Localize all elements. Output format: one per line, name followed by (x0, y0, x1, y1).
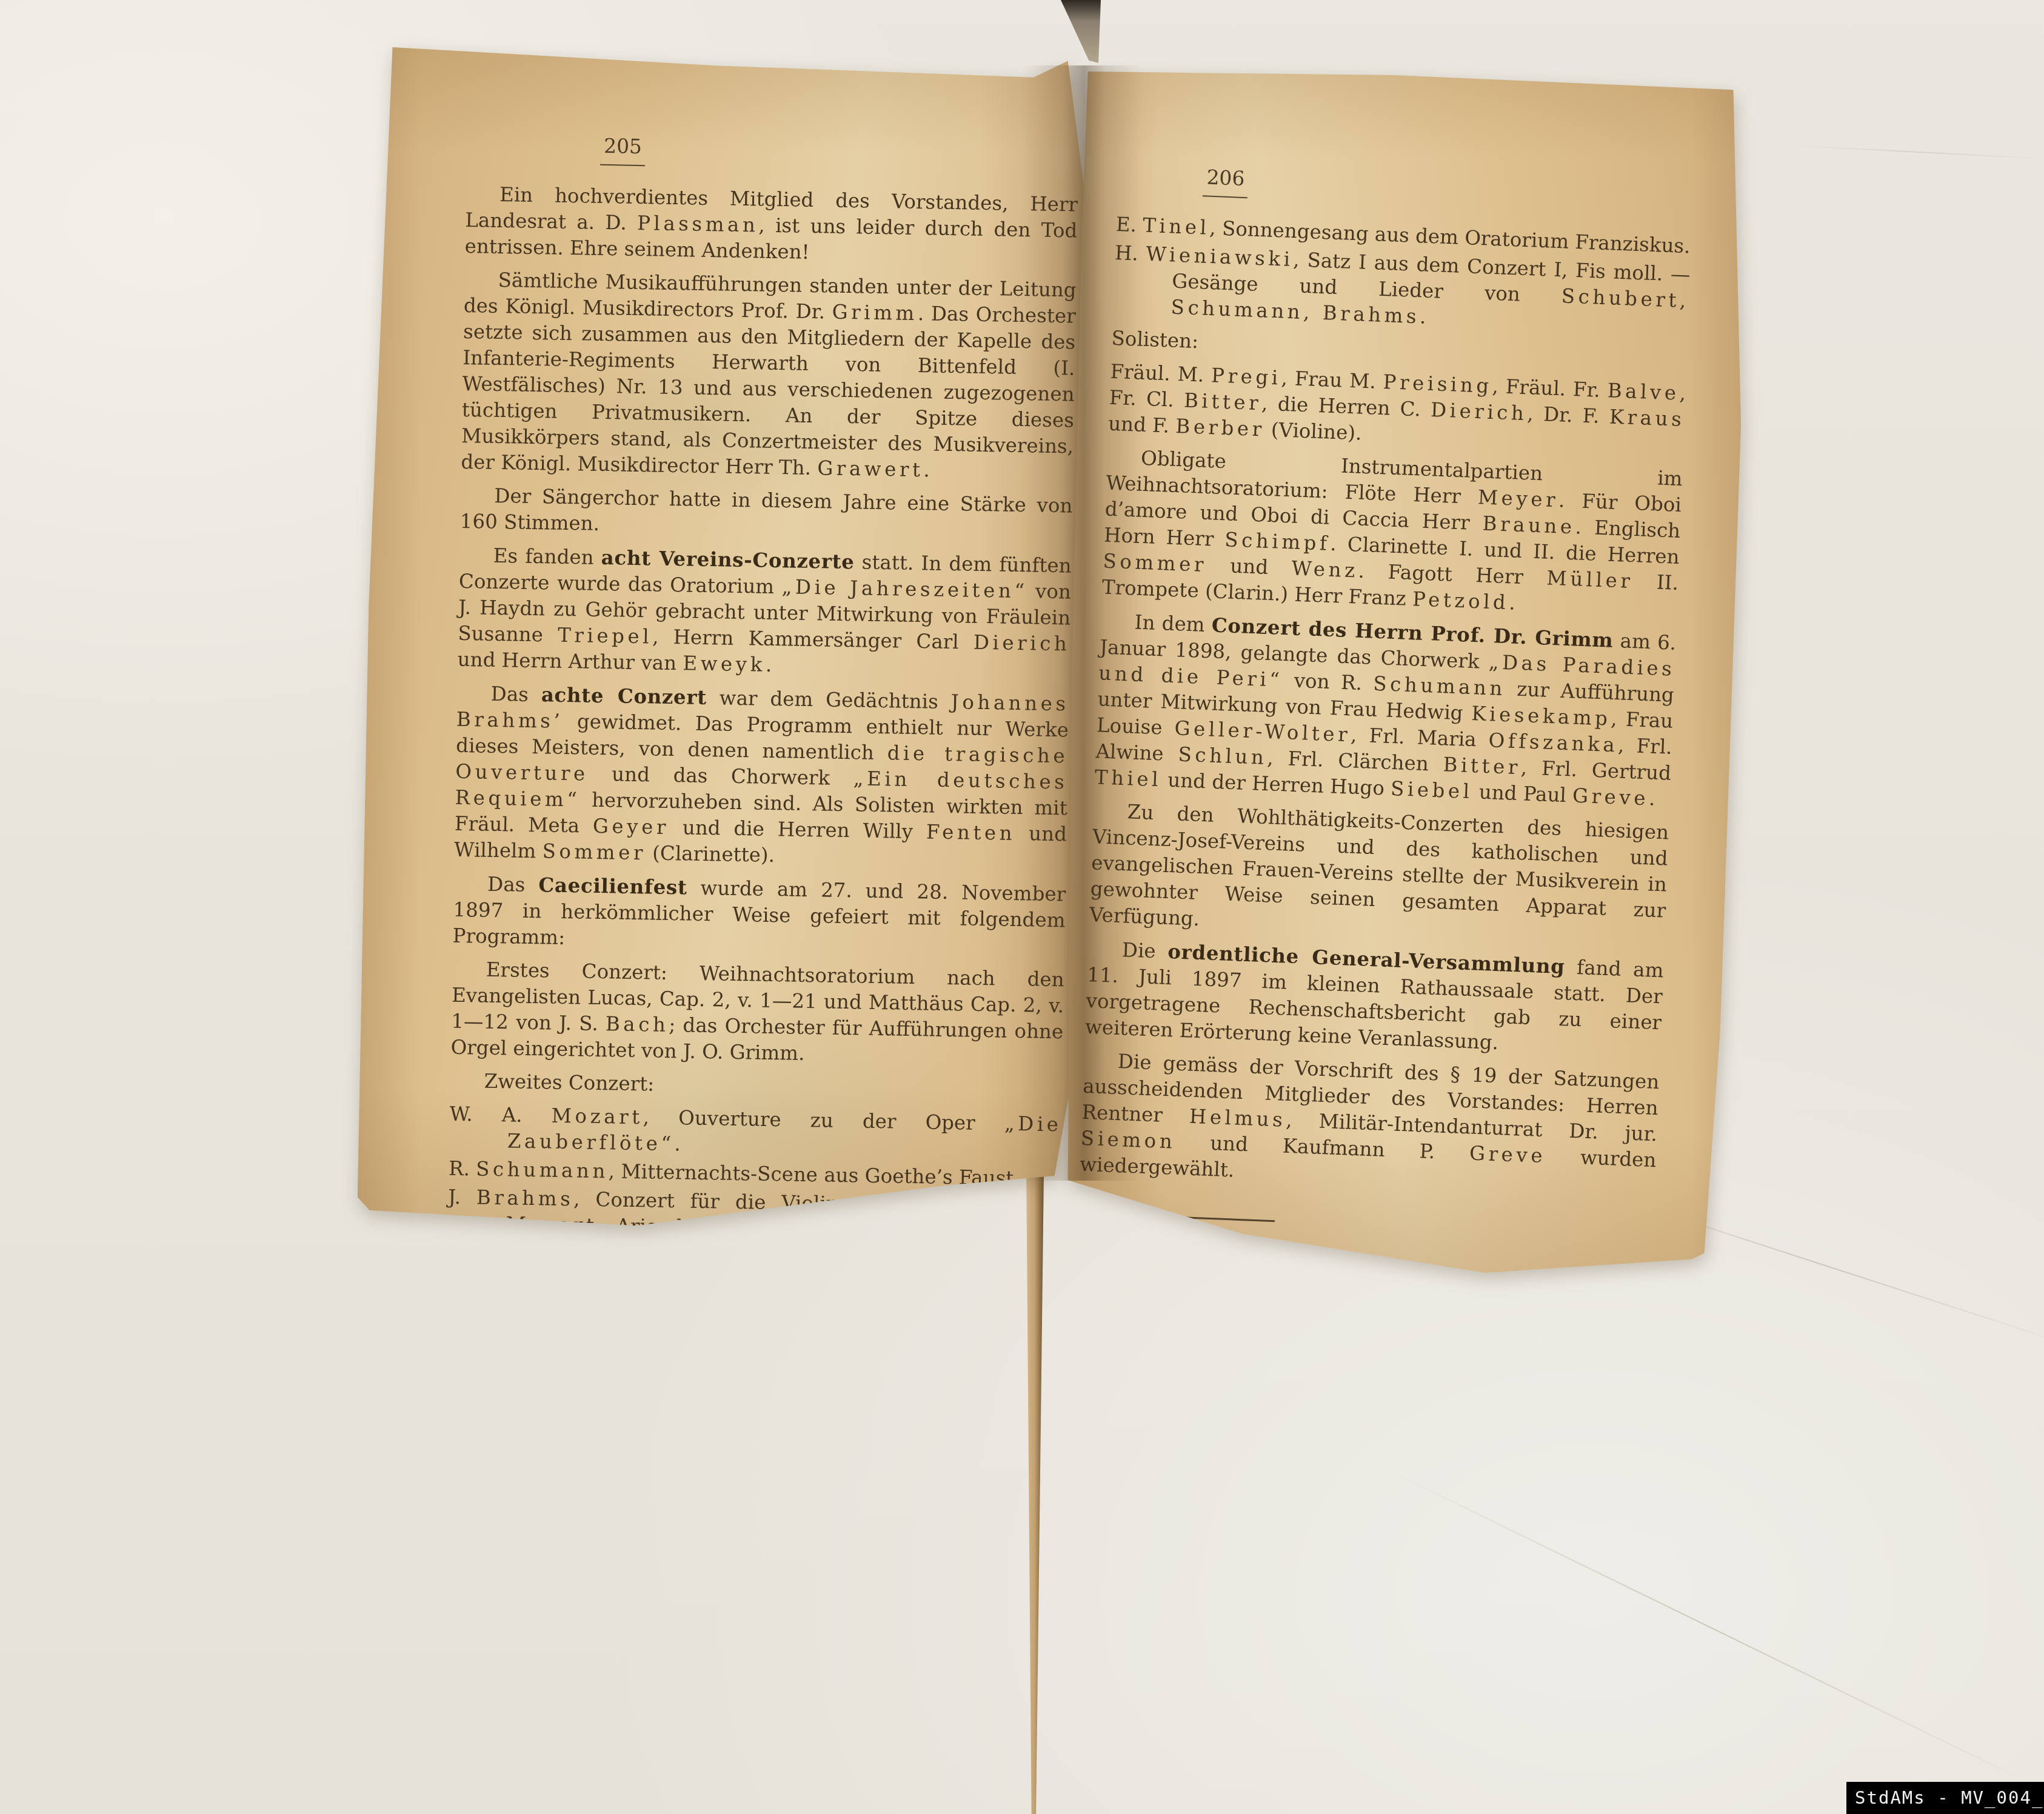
text-run: , Mitternachts-Scene aus Goethe’s Faust. (608, 1159, 1020, 1190)
text-run: Der Sängerchor hatte in diesem Jahre ein… (459, 484, 1072, 535)
text-run: . (674, 1132, 681, 1155)
letterspaced-name: Greve (1469, 1141, 1546, 1167)
text-run: . (1509, 591, 1516, 614)
text-run: Das (487, 873, 539, 896)
letterspaced-name: Kiesekamp (1471, 702, 1612, 730)
book-page-205: 205 Ein hochverdientes Mitglied des Vors… (355, 45, 1098, 1230)
letterspaced-name: Sommer (542, 839, 646, 864)
letterspaced-name: Schumann (1373, 672, 1506, 700)
text-run: , Frl. Maria (1351, 723, 1489, 752)
text-run: und das Chorwerk (588, 762, 853, 790)
text-run: Fräul. M. (1110, 360, 1212, 387)
letterspaced-name: Schimpf (1224, 528, 1331, 555)
text-run: . (1419, 305, 1426, 328)
letterspaced-name: Sommer (1103, 550, 1207, 577)
letterspaced-name: Tinel (1143, 214, 1211, 239)
letterspaced-name: Mozart (551, 1104, 643, 1129)
bold-text: achte Conzert (541, 682, 707, 709)
paragraph: Es fanden acht Vereins-Conzerte statt. I… (457, 542, 1072, 684)
paragraph: In dem Conzert des Herrn Prof. Dr. Grimm… (1094, 607, 1677, 812)
paragraph: Das achte Conzert war dem Gedächtnis Joh… (454, 680, 1069, 874)
paragraph: Der Sängerchor hatte in diesem Jahre ein… (459, 482, 1072, 545)
letterspaced-name: Eweyk (683, 652, 766, 676)
paragraph: Fräul. M. Pregi, Frau M. Preising, Fräul… (1107, 359, 1686, 459)
letterspaced-name: Berber (1175, 415, 1266, 441)
page-number-rule (1203, 195, 1247, 198)
letterspaced-name: Meyer (1477, 485, 1559, 512)
backing-paper-crease (1382, 1467, 2036, 1787)
letterspaced-name: Grawert (817, 456, 924, 481)
letterspaced-name: Dierich (974, 631, 1070, 656)
text-run: , Frl. Clärchen (1267, 746, 1444, 776)
page-number-block: 206 (1155, 162, 1296, 200)
text-run: J. (448, 1185, 476, 1209)
letterspaced-name: Dierich (1430, 398, 1528, 425)
paragraph: Die gemäss der Vorschrift des § 19 der S… (1080, 1047, 1660, 1199)
text-run: W. A. (449, 1102, 552, 1127)
page-number-rule (600, 164, 645, 166)
letterspaced-name: Bach (606, 1012, 669, 1036)
letterspaced-name: Offszanka (1488, 729, 1618, 756)
left-text-column: 205 Ein hochverdientes Mitglied des Vors… (447, 130, 1078, 1273)
text-run: von R. (1283, 669, 1374, 695)
letterspaced-name: Geyer (593, 815, 670, 839)
book-binding-wedge (1061, 0, 1101, 63)
text-run: Zweites Conzert: (484, 1070, 654, 1096)
letterspaced-name: Plassman (637, 212, 759, 236)
letterspaced-name: Siebel (1390, 777, 1473, 803)
text-run: Zu den Wohlthätigkeits-Conzerten des hie… (1089, 800, 1669, 930)
text-run: und Herrn Arthur van (457, 648, 683, 675)
text-run: , Frau M. (1281, 367, 1384, 393)
text-run: Das (490, 682, 541, 706)
paragraph: W. A. Mozart, Ouverture zu der Oper „Die… (449, 1101, 1062, 1164)
text-run: . Fagott Herr (1358, 559, 1547, 590)
letterspaced-name: Greve (1572, 784, 1649, 810)
text-run: war dem Gedächtnis (706, 686, 951, 713)
letterspaced-name: Kraus (1609, 405, 1685, 431)
right-text-column: 206 E. Tinel, Sonnengesang aus dem Orato… (1078, 161, 1694, 1236)
text-run: und F. (1108, 412, 1177, 438)
closing-rule (1178, 1216, 1275, 1222)
letterspaced-name: Mozart (506, 1212, 598, 1237)
text-run: und die Herren Willy (669, 816, 927, 843)
text-run: und der Herren Hugo (1161, 768, 1391, 799)
letterspaced-name: Bitter (1183, 388, 1262, 415)
letterspaced-name: Thiel (1094, 765, 1162, 791)
text-run: , die Herren C. (1261, 392, 1431, 421)
paragraph: Erstes Conzert: Weihnachtsoratorium nach… (450, 956, 1064, 1072)
text-run: , Ouverture zu der Oper (643, 1105, 1004, 1135)
letterspaced-name: Helmus (1189, 1105, 1286, 1132)
paragraph: Obligate Instrumentalpartien im Weihnach… (1101, 444, 1683, 622)
letterspaced-name: Triepel (558, 624, 653, 649)
letterspaced-name: Preising (1383, 370, 1492, 398)
book-page-206: 206 E. Tinel, Sonnengesang aus dem Orato… (1055, 61, 1746, 1279)
backing-paper-crease (1788, 145, 2044, 160)
paragraph: Zweites Conzert: (450, 1068, 1063, 1105)
letterspaced-name: Pregi (1211, 364, 1281, 389)
letterspaced-name: Schlun (1178, 743, 1267, 770)
paragraph: Die ordentliche General-Versammlung fand… (1084, 935, 1664, 1062)
letterspaced-name: Bitter (1443, 753, 1521, 779)
letterspaced-name: Wenz (1291, 556, 1359, 582)
letterspaced-name: Petzold (1412, 587, 1509, 614)
right-page-paragraphs: E. Tinel, Sonnengesang aus dem Oratorium… (1080, 212, 1692, 1199)
text-run: . (1648, 787, 1655, 810)
letterspaced-name: Grimm (832, 301, 918, 325)
letterspaced-name: Schumann (476, 1158, 609, 1183)
letterspaced-name: Brahms (476, 1186, 574, 1211)
scanned-book-photograph: 205 Ein hochverdientes Mitglied des Vors… (0, 0, 2044, 1814)
page-number-block: 205 (553, 132, 693, 167)
bold-text: acht Vereins-Conzerte (601, 545, 855, 573)
page-number: 206 (1206, 165, 1245, 190)
letterspaced-name: Müller (1546, 567, 1634, 593)
letterspaced-name: Fenten (926, 820, 1016, 845)
text-run: Die (1121, 938, 1168, 963)
paragraph: Das Caecilienfest wurde am 27. und 28. N… (452, 870, 1066, 960)
paragraph: J. Brahms, Conzert für die Violine, op. … (447, 1184, 1060, 1273)
page-edge-sliver (1023, 1173, 1044, 1814)
paragraph: Sämtliche Musikaufführungen standen unte… (461, 267, 1077, 486)
letterspaced-name: Wieniawski (1146, 242, 1294, 271)
letterspaced-name: Geller-Wolter (1174, 716, 1351, 746)
text-run: E. (1115, 213, 1143, 237)
text-run: In dem (1134, 611, 1212, 637)
text-run: . (766, 653, 772, 676)
letterspaced-name: Braune (1482, 512, 1575, 539)
paragraph: Zu den Wohlthätigkeits-Conzerten des hie… (1089, 798, 1669, 950)
letterspaced-name: Siemon (1080, 1127, 1176, 1153)
text-run: H. (1114, 241, 1146, 265)
archive-reference-label: StdAMs - MV_004_546 (1846, 1782, 2044, 1814)
text-run: R. (449, 1157, 476, 1181)
text-run: , Dr. F. (1527, 402, 1610, 428)
letterspaced-name: Balve (1607, 379, 1680, 405)
paragraph: Ein hochverdientes Mitglied des Vorstand… (464, 181, 1078, 270)
bold-text: Caecilienfest (538, 873, 687, 899)
page-number: 205 (604, 134, 643, 158)
text-run: , Frl. Gertrud (1520, 756, 1671, 784)
letterspaced-name: „Die Jahreszeiten“ (781, 575, 1027, 602)
text-run: . Das Orchester setzte sich zusammen aus… (461, 302, 1076, 479)
text-run: (Clarinette). (646, 841, 775, 867)
text-run: Solisten: (1111, 327, 1199, 353)
text-run: und Paul (1472, 780, 1573, 807)
text-run: , Fräul. Fr. (1492, 375, 1608, 402)
text-run: und (1206, 553, 1292, 579)
text-run: Es fanden (493, 544, 601, 569)
left-page-paragraphs: Ein hochverdientes Mitglied des Vorstand… (447, 181, 1078, 1273)
text-run: (Violine). (1264, 418, 1362, 445)
text-run: , Herrn Kammersänger Carl (652, 625, 974, 653)
text-run: . (923, 458, 930, 481)
